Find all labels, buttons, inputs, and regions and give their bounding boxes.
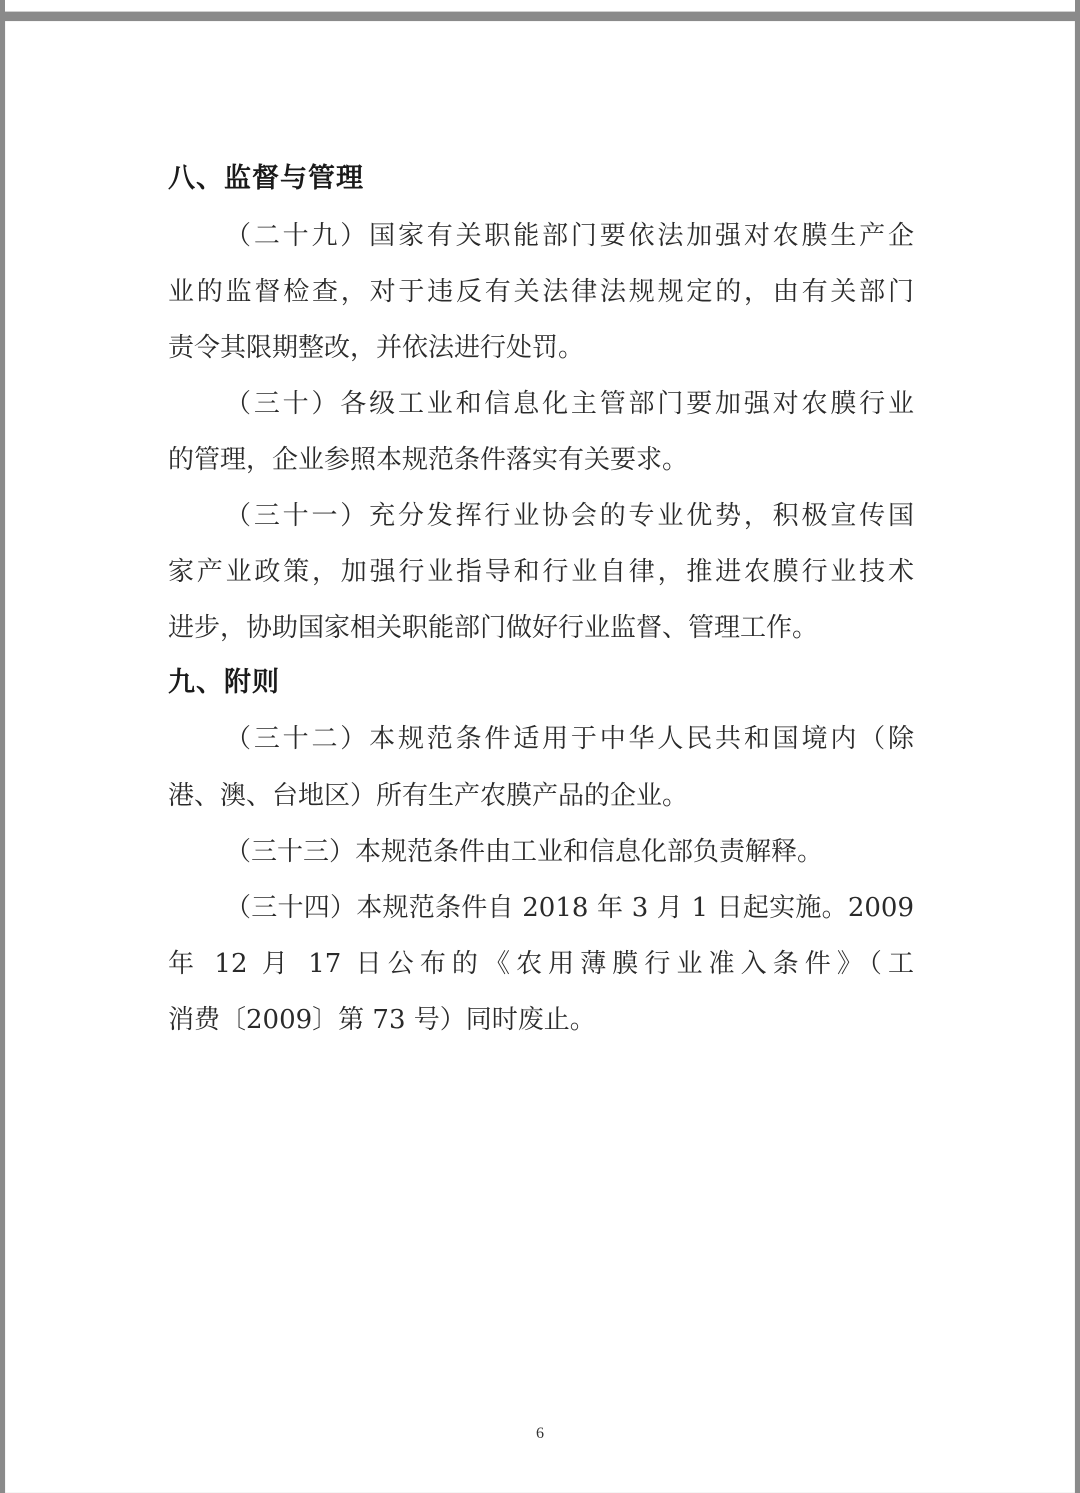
article-31-line-3: 进步，协助国家相关职能部门做好行业监督、管理工作。 bbox=[168, 610, 914, 646]
article-32-line-2: 港、澳、台地区）所有生产农膜产品的企业。 bbox=[168, 778, 914, 814]
article-31-line-2: 家产业政策，加强行业指导和行业自律，推进农膜行业技术 bbox=[168, 554, 914, 590]
section-heading-supplementary: 九、附则 bbox=[168, 665, 914, 701]
article-31-line-1: （三十一）充分发挥行业协会的专业优势，积极宣传国 bbox=[168, 498, 914, 534]
article-29-line-3: 责令其限期整改，并依法进行处罚。 bbox=[168, 330, 914, 366]
article-34-line-3: 消费〔2009〕第 73 号）同时废止。 bbox=[168, 1002, 914, 1038]
article-30-line-2: 的管理，企业参照本规范条件落实有关要求。 bbox=[168, 442, 914, 478]
page-number: 6 bbox=[5, 1425, 1075, 1443]
document-viewer[interactable]: 八、监督与管理 （二十九）国家有关职能部门要依法加强对农膜生产企 业的监督检查，… bbox=[0, 0, 1080, 1493]
article-29-line-1: （二十九）国家有关职能部门要依法加强对农膜生产企 bbox=[168, 218, 914, 254]
article-32-line-1: （三十二）本规范条件适用于中华人民共和国境内（除 bbox=[168, 721, 914, 757]
previous-page-edge bbox=[5, 0, 1075, 12]
article-30-line-1: （三十）各级工业和信息化主管部门要加强对农膜行业 bbox=[168, 386, 914, 422]
article-33-line-1: （三十三）本规范条件由工业和信息化部负责解释。 bbox=[168, 834, 914, 870]
article-34-line-1: （三十四）本规范条件自 2018 年 3 月 1 日起实施。2009 bbox=[168, 890, 914, 926]
section-heading-supervision: 八、监督与管理 bbox=[168, 161, 914, 197]
article-29-line-2: 业的监督检查，对于违反有关法律法规规定的，由有关部门 bbox=[168, 274, 914, 310]
article-34-line-2: 年 12 月 17 日公布的《农用薄膜行业准入条件》（工 bbox=[168, 946, 914, 982]
document-page: 八、监督与管理 （二十九）国家有关职能部门要依法加强对农膜生产企 业的监督检查，… bbox=[5, 21, 1075, 1493]
